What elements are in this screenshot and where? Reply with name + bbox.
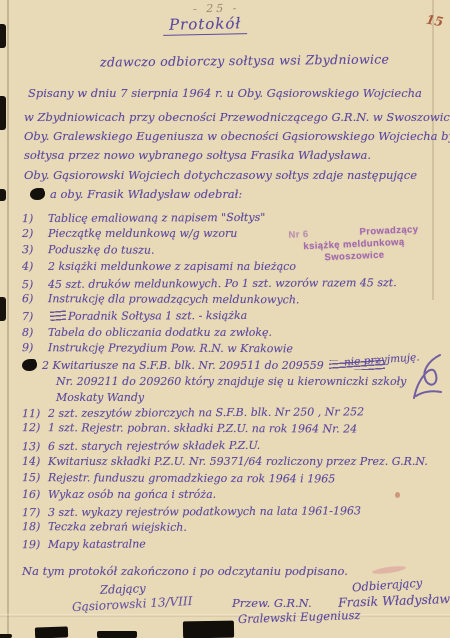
rubber-stamp: Nr 6 Prowadzący książkę meldunkową Swosz… — [282, 224, 425, 266]
intro-line-text: a oby. Frasik Władysław odebrał: — [50, 187, 242, 201]
item-text: Kwitariusz składki P.Z.U. Nr. 59371/64 r… — [48, 455, 428, 468]
item-number: 7) — [22, 309, 48, 326]
item-number: 1) — [22, 211, 48, 228]
item-number: 14) — [22, 454, 48, 470]
item-text: Rejestr. funduszu gromadzkiego za rok 19… — [48, 471, 335, 485]
closing-sentence: Na tym protokół zakończono i po odczytan… — [22, 564, 348, 578]
redaction-mark — [35, 626, 68, 638]
scribbled-out-word — [50, 310, 66, 321]
intro-line: Oby. Gralewskiego Eugeniusza w obecności… — [24, 127, 448, 146]
intro-paragraph: Spisany w dniu 7 sierpnia 1964 r. u Oby.… — [24, 84, 448, 204]
list-item: 19)Mapy katastralne — [22, 535, 450, 554]
item-text: Instrukcję dla prowadzących meldunkowych… — [48, 292, 299, 306]
ink-blot — [30, 188, 45, 200]
item-number: 4) — [22, 259, 48, 275]
intro-line: Oby. Gąsiorowski Wojciech dotychczasowy … — [24, 166, 448, 185]
signature-right: Frasik Władysław — [338, 591, 450, 610]
item-text: 2 szt. zeszytów zbiorczych na S.F.B. blk… — [48, 405, 364, 420]
item-number: 19) — [22, 537, 48, 554]
list-item: 14)Kwitariusz składki P.Z.U. Nr. 59371/6… — [22, 454, 450, 470]
stamp-number: Nr 6 — [288, 229, 309, 242]
horizontal-fold-crease — [0, 614, 450, 617]
item-text: Instrukcję Prezydium Pow. R.N. w Krakowi… — [48, 341, 293, 355]
pencil-page-number: - 25 - — [193, 2, 240, 16]
page-edge-crease — [7, 0, 9, 638]
binding-mark — [0, 24, 6, 48]
item-text: 2 Kwitariusze na S.F.B. blk. Nr. 209511 … — [42, 359, 324, 372]
item-text: 2 książki meldunkowe z zapisami na bieżą… — [48, 260, 296, 273]
list-item: 8)Tabela do obliczania dodatku za zwłokę… — [22, 325, 450, 341]
item-text: 3 szt. wykazy rejestrów podatkowych na l… — [48, 504, 361, 519]
item-text: 6 szt. starych rejestrów składek P.Z.U. — [48, 439, 260, 453]
document-title: Protokół — [163, 14, 248, 36]
signature-left: Gąsiorowski 13/VIII — [72, 594, 193, 614]
item-text: Teczka zebrań wiejskich. — [48, 520, 187, 534]
intro-line: sołtysa przez nowo wybranego sołtysa Fra… — [24, 146, 448, 165]
document-subtitle: zdawczo odbiorczy sołtysa wsi Zbydniowic… — [100, 51, 389, 69]
item-number: 16) — [22, 487, 48, 503]
item-text: Wykaz osób na gońca i stróża. — [48, 488, 216, 501]
redaction-mark — [97, 631, 137, 638]
scanned-protocol-page: - 25 - 15 Protokół zdawczo odbiorczy soł… — [0, 0, 450, 638]
item-number: 18) — [22, 519, 48, 536]
item-number: 3) — [22, 242, 48, 259]
binding-mark — [0, 297, 6, 321]
item-number: 9) — [22, 340, 48, 357]
item-text: Mapy katastralne — [48, 538, 146, 552]
binding-mark — [0, 189, 6, 201]
item-number: 8) — [22, 325, 48, 341]
signature-role-center: Przew. G.R.N. — [232, 596, 312, 610]
item-number: 12) — [22, 421, 48, 438]
intro-line: Spisany w dniu 7 sierpnia 1964 r. u Oby.… — [28, 84, 448, 103]
binding-mark — [0, 96, 6, 130]
list-item: 5)45 szt. druków meldunkowych. Po 1 szt.… — [22, 275, 450, 294]
item-number: 13) — [22, 439, 48, 456]
item-text: Tablicę emaliowaną z napisem "Sołtys" — [48, 211, 265, 225]
signature-role-left: Zdający — [100, 581, 146, 597]
item-text: Pieczątkę meldunkową w/g wzoru — [48, 227, 237, 240]
signature-center: Gralewski Eugeniusz — [238, 608, 361, 626]
item-text: 45 szt. druków meldunkowych. Po 1 szt. w… — [48, 276, 397, 291]
redaction-mark — [183, 621, 234, 638]
pen-flourish — [408, 352, 446, 402]
intro-line: a oby. Frasik Władysław odebrał: — [30, 185, 448, 204]
item-text: Poradnik Sołtysa 1 szt. - książka — [68, 309, 247, 323]
item-text-continuation: Moskaty Wandy — [56, 390, 450, 406]
list-item: 4)2 książki meldunkowe z zapisami na bie… — [22, 259, 450, 275]
binding-mark — [0, 634, 12, 638]
item-number: 6) — [22, 291, 48, 308]
list-item: 7)Poradnik Sołtysa 1 szt. - książka — [22, 307, 450, 326]
list-item: 17)3 szt. wykazy rejestrów podatkowych n… — [22, 502, 450, 521]
list-item: 12)1 szt. Rejestr. pobran. składki P.Z.U… — [22, 421, 450, 439]
list-item: 16)Wykaz osób na gońca i stróża. — [22, 487, 450, 503]
item-text-continuation: Nr. 209211 do 209260 który znajduje się … — [56, 374, 450, 390]
item-number: 2) — [22, 226, 48, 242]
item-text: 1 szt. Rejestr. pobran. składki P.Z.U. n… — [48, 422, 357, 436]
list-item: 13)6 szt. starych rejestrów składek P.Z.… — [22, 437, 450, 456]
pink-smudge — [372, 565, 407, 576]
intro-line: w Zbydniowicach przy obecności Przewodni… — [24, 108, 448, 127]
ink-blot — [22, 359, 37, 371]
item-number: 15) — [22, 470, 48, 487]
item-text: Poduszkę do tuszu. — [48, 243, 155, 256]
list-item: 15)Rejestr. funduszu gromadzkiego za rok… — [22, 470, 450, 488]
page-number: 15 — [425, 12, 445, 30]
item-text: Tabela do obliczania dodatku za zwłokę. — [48, 326, 272, 339]
